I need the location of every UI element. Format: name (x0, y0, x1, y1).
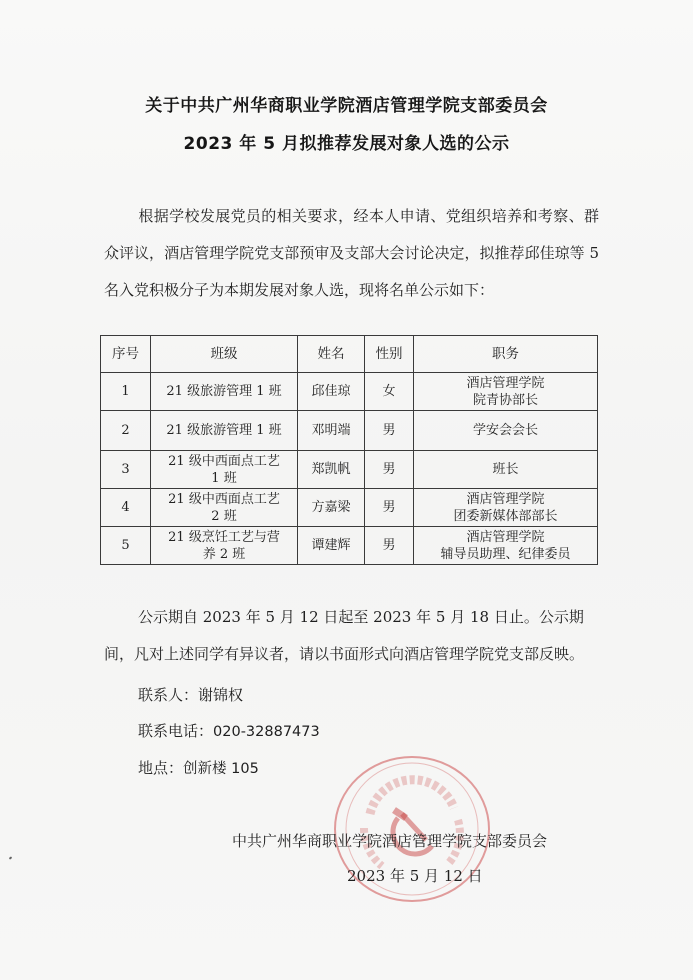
intro-paragraph: 根据学校发展党员的相关要求，经本人申请、党组织培养和考察、群众评议，酒店管理学院… (104, 198, 599, 309)
cell-position: 班长 (414, 451, 598, 489)
cell-no: 1 (101, 373, 151, 411)
cell-gender: 男 (365, 411, 414, 451)
cell-class: 21 级旅游管理 1 班 (151, 411, 298, 451)
contact-location: 地点：创新楼 105 (138, 757, 259, 778)
cell-position: 酒店管理学院辅导员助理、纪律委员 (414, 527, 598, 565)
period-text: 公示期自 2023 年 5 月 12 日起至 2023 年 5 月 18 日止。… (104, 608, 584, 663)
contact-person-value: 谢锦权 (198, 686, 243, 704)
contact-phone: 联系电话：020-32887473 (138, 720, 320, 741)
contact-person: 联系人：谢锦权 (138, 684, 243, 705)
cell-name: 邱佳琼 (298, 373, 365, 411)
scan-speck (9, 856, 13, 859)
cell-class: 21 级中西面点工艺 1 班 (151, 451, 298, 489)
cell-class: 21 级旅游管理 1 班 (151, 373, 298, 411)
table-row: 2 21 级旅游管理 1 班 邓明端 男 学安会会长 (101, 411, 598, 451)
contact-phone-label: 联系电话： (138, 722, 213, 740)
header-position: 职务 (414, 336, 598, 373)
cell-no: 4 (101, 489, 151, 527)
position-line-2: 团委新媒体部部长 (416, 508, 595, 525)
cell-class: 21 级中西面点工艺 2 班 (151, 489, 298, 527)
contact-location-label: 地点： (138, 759, 183, 777)
cell-gender: 女 (365, 373, 414, 411)
table-row: 3 21 级中西面点工艺 1 班 郑凯帆 男 班长 (101, 451, 598, 489)
cell-position: 酒店管理学院团委新媒体部部长 (414, 489, 598, 527)
header-class: 班级 (151, 336, 298, 373)
title-line-2: 2023 年 5 月拟推荐发展对象人选的公示 (0, 129, 693, 154)
table-row: 4 21 级中西面点工艺 2 班 方嘉梁 男 酒店管理学院团委新媒体部部长 (101, 489, 598, 527)
position-line-2: 院青协部长 (416, 392, 595, 409)
cell-position: 酒店管理学院院青协部长 (414, 373, 598, 411)
cell-no: 2 (101, 411, 151, 451)
position-line-1: 酒店管理学院 (416, 491, 595, 508)
cell-position: 学安会会长 (414, 411, 598, 451)
title-line-1: 关于中共广州华商职业学院酒店管理学院支部委员会 (0, 91, 693, 116)
document-page: 关于中共广州华商职业学院酒店管理学院支部委员会 2023 年 5 月拟推荐发展对… (0, 0, 693, 980)
header-no: 序号 (101, 336, 151, 373)
header-gender: 性别 (365, 336, 414, 373)
signature-date: 2023 年 5 月 12 日 (347, 865, 483, 886)
candidate-table: 序号 班级 姓名 性别 职务 1 21 级旅游管理 1 班 邱佳琼 女 酒店管理… (100, 335, 598, 565)
cell-class: 21 级烹饪工艺与营养 2 班 (151, 527, 298, 565)
cell-name: 谭建辉 (298, 527, 365, 565)
position-line-1: 酒店管理学院 (416, 375, 595, 392)
position-line-1: 酒店管理学院 (416, 529, 595, 546)
cell-no: 5 (101, 527, 151, 565)
header-name: 姓名 (298, 336, 365, 373)
position-line-2: 辅导员助理、纪律委员 (416, 546, 595, 563)
contact-location-value: 创新楼 105 (183, 761, 259, 777)
table-header-row: 序号 班级 姓名 性别 职务 (101, 336, 598, 373)
cell-gender: 男 (365, 451, 414, 489)
table-row: 1 21 级旅游管理 1 班 邱佳琼 女 酒店管理学院院青协部长 (101, 373, 598, 411)
contact-person-label: 联系人： (138, 686, 198, 704)
cell-gender: 男 (365, 527, 414, 565)
table-row: 5 21 级烹饪工艺与营养 2 班 谭建辉 男 酒店管理学院辅导员助理、纪律委员 (101, 527, 598, 565)
cell-no: 3 (101, 451, 151, 489)
cell-gender: 男 (365, 489, 414, 527)
contact-phone-value: 020-32887473 (213, 724, 320, 740)
signature-organization: 中共广州华商职业学院酒店管理学院支部委员会 (232, 830, 547, 851)
cell-name: 邓明端 (298, 411, 365, 451)
intro-text: 根据学校发展党员的相关要求，经本人申请、党组织培养和考察、群众评议，酒店管理学院… (104, 207, 599, 299)
period-paragraph: 公示期自 2023 年 5 月 12 日起至 2023 年 5 月 18 日止。… (104, 599, 604, 673)
cell-name: 郑凯帆 (298, 451, 365, 489)
cell-name: 方嘉梁 (298, 489, 365, 527)
